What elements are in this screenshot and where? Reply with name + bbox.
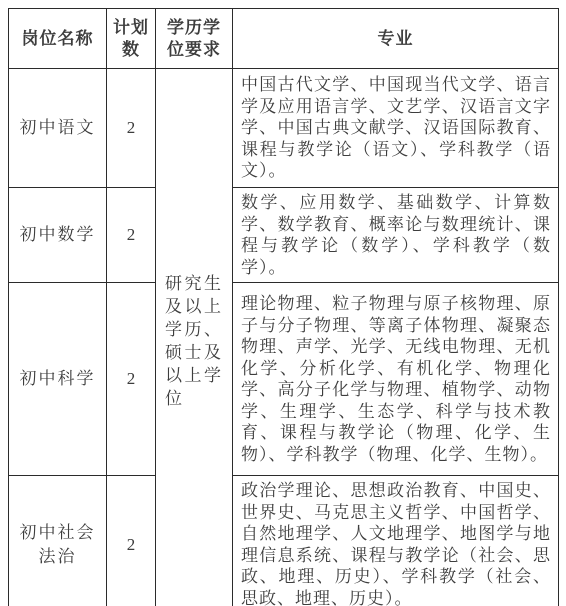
majors-cell: 数学、应用数学、基础数学、计算数学、数学教育、概率论与数理统计、课程与教学论（数… (233, 188, 559, 283)
table-row: 初中语文 2 研究生及以上学历、硕士及以上学位 中国古代文学、中国现当代文学、语… (9, 69, 559, 188)
plan-count-cell: 2 (107, 476, 156, 606)
degree-requirement-merged-cell: 研究生及以上学历、硕士及以上学位 (156, 69, 233, 606)
position-cell: 初中科学 (9, 283, 107, 476)
table-row: 初中科学 2 理论物理、粒子物理与原子核物理、原子与分子物理、等离子体物理、凝聚… (9, 283, 559, 476)
header-major: 专业 (233, 9, 559, 69)
majors-cell: 中国古代文学、中国现当代文学、语言学及应用语言学、文艺学、汉语言文字学、中国古典… (233, 69, 559, 188)
table-row: 初中数学 2 数学、应用数学、基础数学、计算数学、数学教育、概率论与数理统计、课… (9, 188, 559, 283)
table-header-row: 岗位名称 计划数 学历学位要求 专业 (9, 9, 559, 69)
header-degree-requirement: 学历学位要求 (156, 9, 233, 69)
plan-count-cell: 2 (107, 188, 156, 283)
header-position-name: 岗位名称 (9, 9, 107, 69)
plan-count-cell: 2 (107, 69, 156, 188)
majors-cell: 政治学理论、思想政治教育、中国史、世界史、马克思主义哲学、中国哲学、自然地理学、… (233, 476, 559, 606)
position-cell: 初中社会法治 (9, 476, 107, 606)
table-row: 初中社会法治 2 政治学理论、思想政治教育、中国史、世界史、马克思主义哲学、中国… (9, 476, 559, 606)
majors-cell: 理论物理、粒子物理与原子核物理、原子与分子物理、等离子体物理、凝聚态物理、声学、… (233, 283, 559, 476)
position-cell: 初中语文 (9, 69, 107, 188)
recruitment-positions-table: 岗位名称 计划数 学历学位要求 专业 初中语文 2 研究生及以上学历、硕士及以上… (8, 8, 559, 606)
plan-count-cell: 2 (107, 283, 156, 476)
position-cell: 初中数学 (9, 188, 107, 283)
header-plan-count: 计划数 (107, 9, 156, 69)
